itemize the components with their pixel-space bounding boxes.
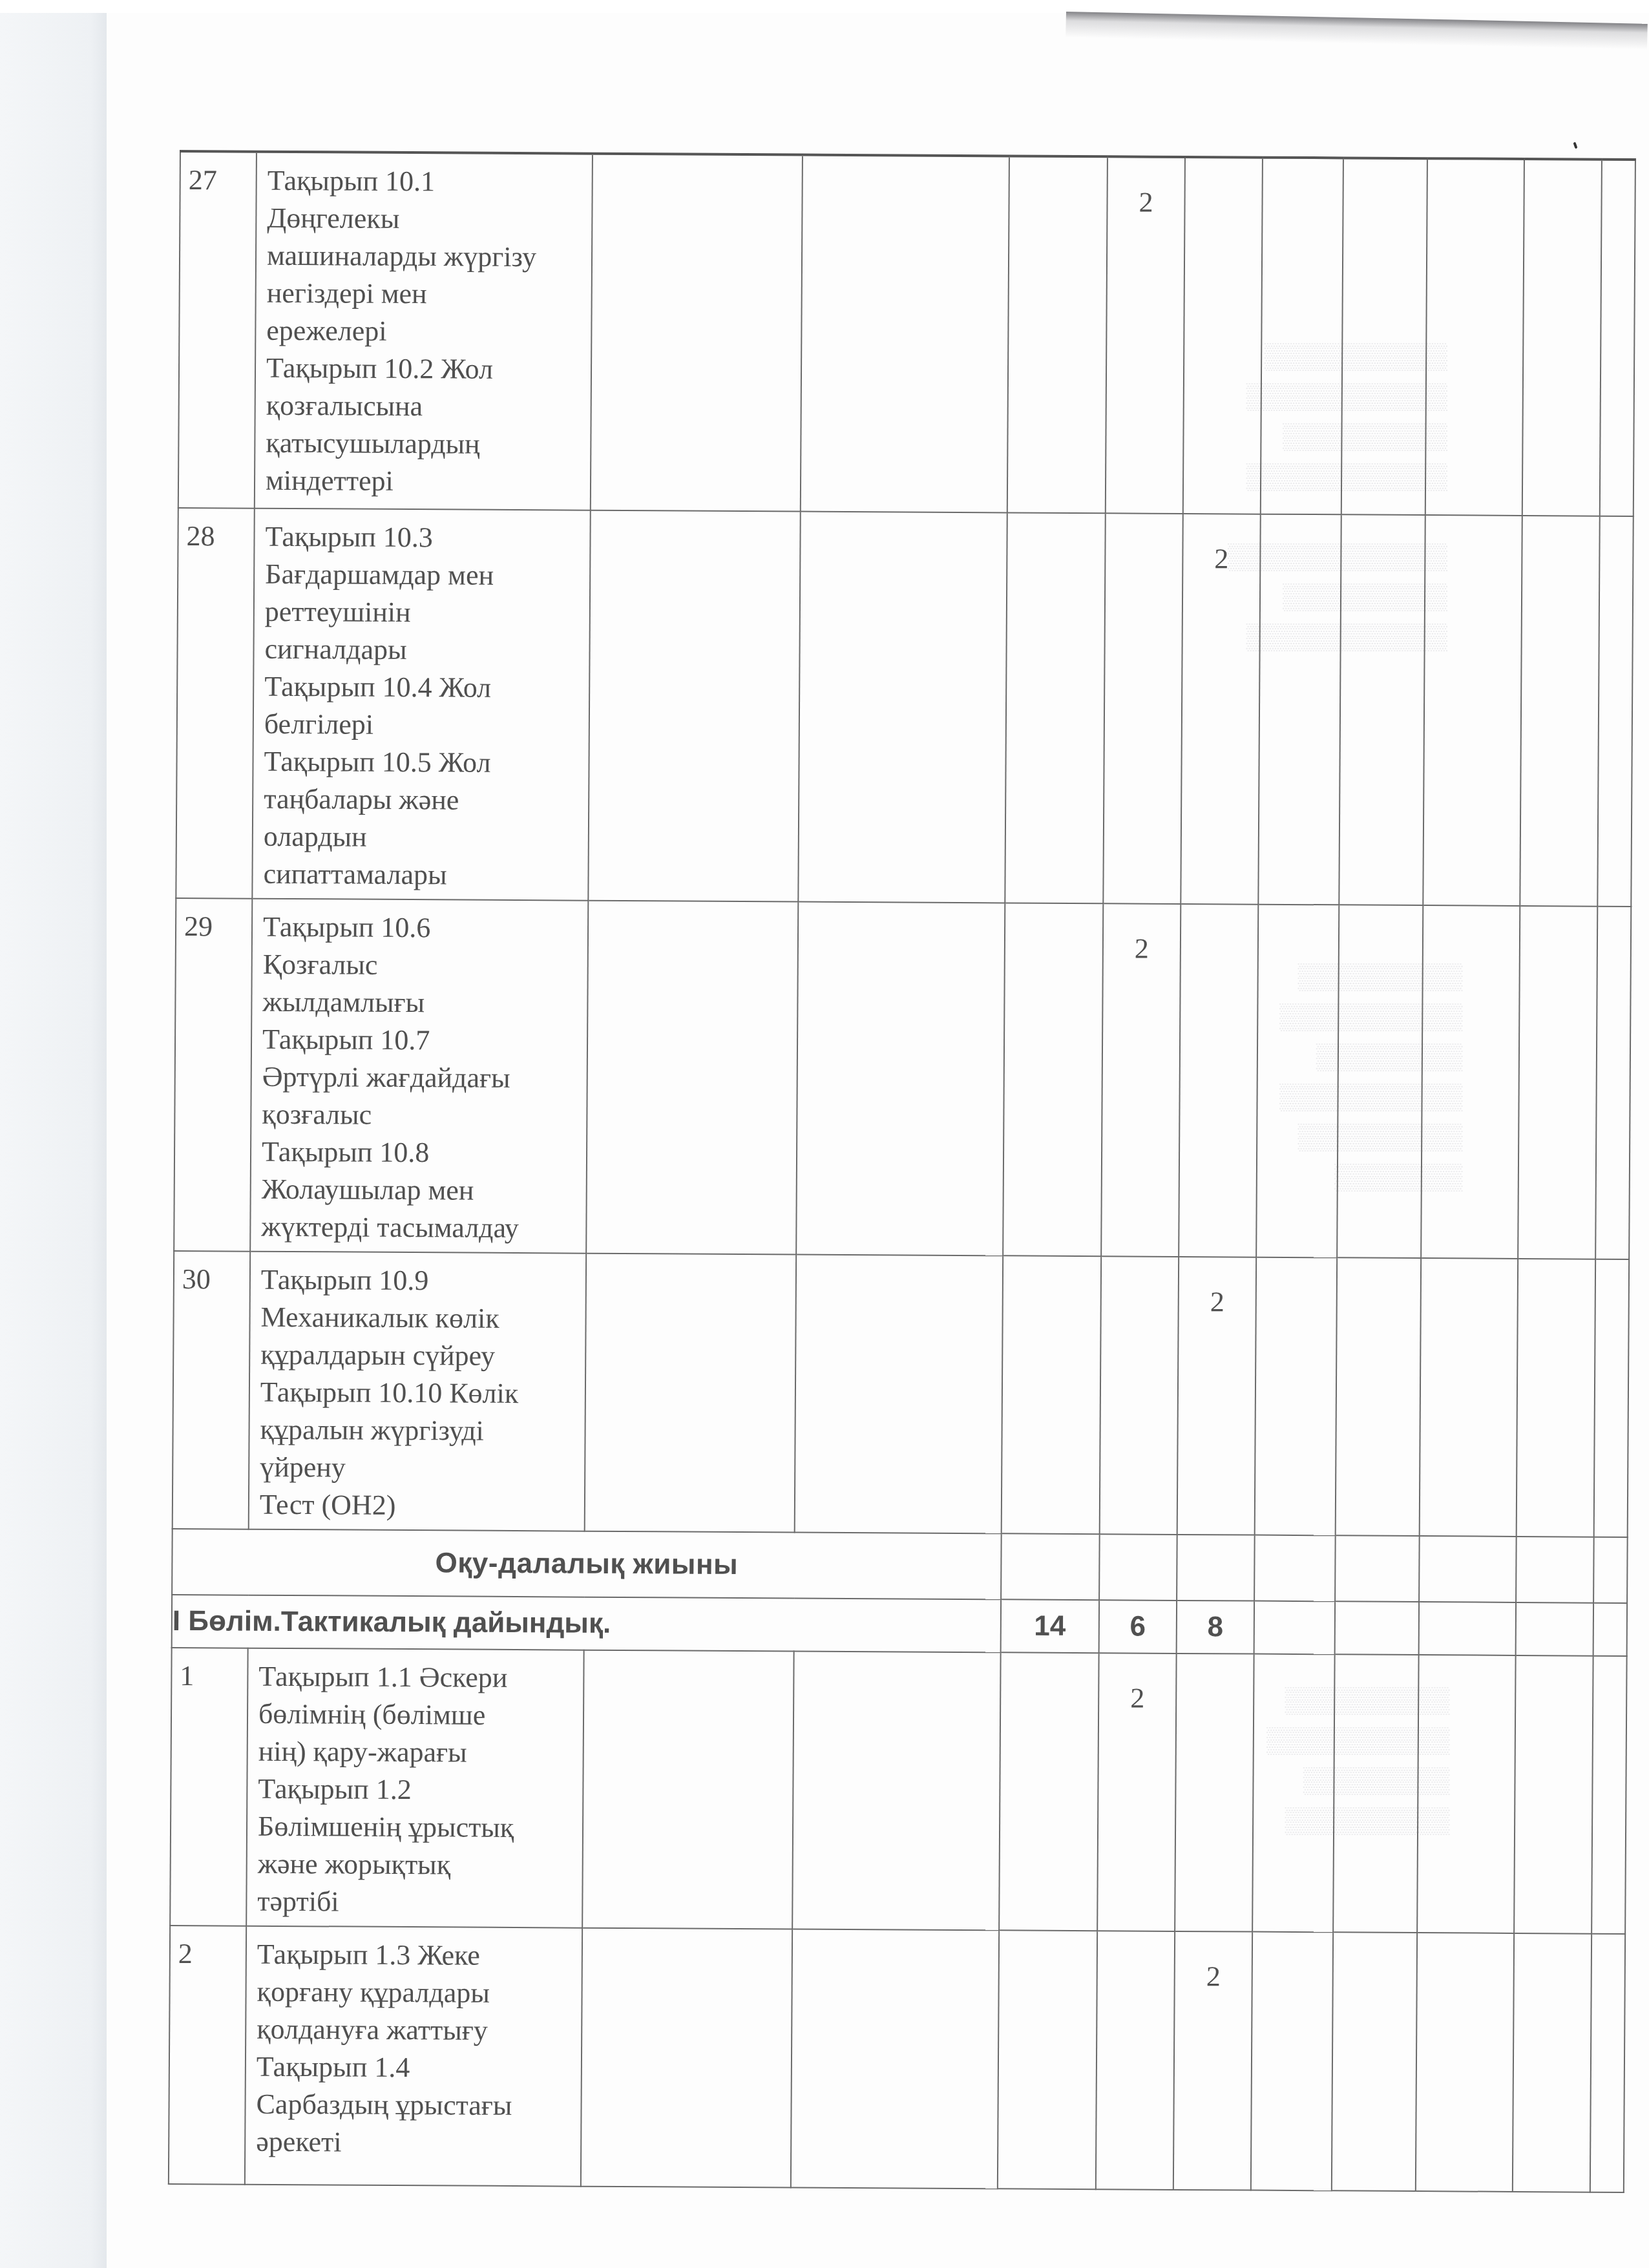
topic-line: Тақырып 10.10 Көлік [260, 1374, 578, 1413]
section-heading-row: Оқу-далалық жиыны [172, 1529, 1628, 1603]
hours-cell: 2 [1181, 514, 1260, 905]
topic-line: Тақырып 10.2 Жол [266, 350, 584, 389]
topic-line: Тақырып 10.1 [268, 162, 585, 202]
row-number: 29 [174, 898, 252, 1252]
empty-cell [1517, 1259, 1595, 1537]
topic-line: нің) қару-жарағы [258, 1733, 576, 1772]
empty-cell [1421, 905, 1520, 1259]
empty-cell [1600, 160, 1635, 516]
row-number: 27 [178, 151, 257, 509]
empty-cell [1252, 1654, 1334, 1933]
table-row: 30Тақырып 10.9Механикалык көлікқұралдары… [173, 1251, 1629, 1537]
topic-line: Механикалык көлік [260, 1299, 578, 1338]
plan-table-container: 27Тақырып 10.1Дөңгелекымашиналарды жүргі… [168, 150, 1635, 2193]
empty-cell [798, 512, 1007, 903]
topic-line: сигналдары [264, 631, 582, 670]
topic-line: Тест (ОН2) [260, 1486, 578, 1526]
hours-cell: 2 [1173, 1931, 1252, 2190]
empty-cell [1261, 158, 1343, 515]
topic-line: жүктерді тасымалдау [261, 1208, 579, 1248]
empty-cell [1516, 1537, 1594, 1603]
empty-cell [1255, 1257, 1337, 1536]
table-row: 2Тақырып 1.3 Жекеқорғану құралдарықолдан… [169, 1926, 1625, 2192]
empty-cell [1007, 156, 1108, 513]
topic-line: Тақырып 1.4 [257, 2048, 574, 2088]
empty-cell [1419, 1602, 1516, 1655]
topic-line: Тақырып 10.6 [263, 908, 581, 948]
empty-cell [591, 154, 803, 512]
hours-total: 14 [1001, 1599, 1099, 1653]
section-title: Оқу-далалық жиыны [172, 1529, 1002, 1599]
empty-cell [585, 1254, 796, 1533]
topic-line: Тақырып 10.5 Жол [264, 743, 582, 782]
empty-cell [1254, 1535, 1336, 1602]
empty-cell [1333, 1654, 1418, 1933]
empty-cell [796, 902, 1005, 1256]
topic-line: негіздері мен [267, 275, 585, 314]
empty-cell [1005, 512, 1105, 903]
topic-line: Әртүрлі жағдайдағы [262, 1058, 580, 1098]
topic-line: белгілері [264, 706, 582, 745]
hours-cell: 2 [1101, 903, 1181, 1257]
empty-cell [1417, 1655, 1515, 1933]
empty-cell [1593, 1603, 1627, 1656]
empty-cell [1595, 907, 1631, 1259]
topic-line: Сарбаздың ұрыстағы [256, 2086, 574, 2125]
empty-cell [1593, 1537, 1628, 1603]
empty-cell [1339, 514, 1425, 905]
topic-line: олардын [264, 818, 582, 857]
topic-line: машиналарды жүргізу [267, 237, 585, 277]
topic-line: сипаттамалары [263, 856, 581, 895]
curriculum-table: 27Тақырып 10.1Дөңгелекымашиналарды жүргі… [168, 150, 1636, 2193]
row-number: 28 [176, 508, 254, 899]
topic-line: реттеушінін [265, 593, 583, 633]
table-body: 27Тақырып 10.1Дөңгелекымашиналарды жүргі… [169, 151, 1635, 2192]
empty-cell [1516, 1602, 1593, 1656]
topic-line: үйрену [260, 1449, 578, 1488]
empty-cell [1420, 1258, 1518, 1537]
topic-line: және жорықтық [258, 1845, 576, 1885]
row-number: 2 [169, 1926, 246, 2185]
empty-cell [1336, 1257, 1421, 1536]
empty-cell [1332, 1932, 1417, 2191]
table-row: 28Тақырып 10.3Бағдаршамдар менреттеушіні… [176, 508, 1633, 907]
topic-cell: Тақырып 10.3Бағдаршамдар менреттеушінінс… [252, 509, 590, 901]
scan-border-left [0, 13, 108, 2268]
topic-line: Тақырып 10.9 [261, 1261, 579, 1301]
topic-line: Тақырып 10.4 Жол [264, 668, 582, 708]
topic-line: қозғалысына [266, 387, 584, 426]
empty-cell [1514, 1655, 1593, 1934]
row-number: 1 [170, 1648, 247, 1926]
hours-cell: 2 [1177, 1257, 1256, 1535]
topic-line: Тақырып 1.1 Әскери [258, 1658, 576, 1697]
empty-cell [1001, 1533, 1100, 1600]
hours-cell: 2 [1106, 156, 1185, 514]
topic-cell: Тақырып 1.3 Жекеқорғану құралдарықолдану… [245, 1926, 582, 2187]
empty-cell [1597, 516, 1633, 907]
empty-cell [1594, 1259, 1629, 1537]
empty-cell [1522, 159, 1602, 516]
topic-line: таңбалары және [264, 781, 582, 820]
empty-cell [998, 1930, 1097, 2189]
empty-cell [1423, 515, 1522, 906]
empty-cell [1175, 1654, 1254, 1932]
empty-cell [588, 510, 800, 902]
topic-cell: Тақырып 1.1 Әскерибөлімнің (бөлімшенің) … [246, 1648, 583, 1928]
empty-cell [1179, 904, 1258, 1257]
topic-line: қатысушылардың [266, 425, 583, 464]
empty-cell [1099, 1534, 1177, 1601]
empty-cell [792, 1652, 1000, 1931]
empty-cell [1520, 516, 1599, 907]
empty-cell [1254, 1601, 1335, 1655]
topic-line: әрекеті [256, 2123, 574, 2163]
empty-cell [582, 1650, 793, 1929]
table-row: 29Тақырып 10.6ҚозғалысжылдамлығыТақырып … [174, 898, 1631, 1259]
topic-line: қорғану құралдары [257, 1973, 574, 2013]
empty-cell [1103, 513, 1182, 904]
hours-theory: 6 [1099, 1600, 1177, 1654]
empty-cell [999, 1652, 1098, 1931]
topic-line: құралдарын сүйреу [260, 1336, 578, 1376]
empty-cell [1425, 158, 1524, 516]
empty-cell [1341, 158, 1427, 515]
empty-cell [1335, 1601, 1419, 1655]
topic-line: Тақырып 1.3 Жеке [257, 1936, 575, 1975]
hours-practice: 8 [1177, 1601, 1254, 1654]
empty-cell [1513, 1933, 1591, 2192]
topic-line: бөлімнің (бөлімше [258, 1696, 576, 1735]
empty-cell [1337, 905, 1423, 1258]
empty-cell [1100, 1256, 1179, 1535]
topic-line: Тақырып 10.7 [262, 1021, 580, 1060]
topic-line: жылдамлығы [262, 983, 580, 1023]
empty-cell [1518, 906, 1597, 1259]
table-row: 27Тақырып 10.1Дөңгелекымашиналарды жүргі… [178, 151, 1635, 516]
hours-cell: 2 [1097, 1653, 1176, 1931]
row-number: 30 [173, 1251, 250, 1529]
empty-cell [1177, 1535, 1255, 1601]
empty-cell [1251, 1932, 1333, 2191]
topic-line: Қозғалыс [263, 946, 581, 985]
topic-line: міндеттері [266, 462, 583, 501]
empty-cell [1183, 157, 1263, 514]
topic-line: қозғалыс [262, 1096, 580, 1135]
topic-line: құралын жүргізуді [260, 1411, 578, 1451]
topic-line: қолдануға жаттығу [257, 2011, 574, 2050]
topic-cell: Тақырып 10.9Механикалык көлікқұралдарын … [249, 1252, 586, 1531]
empty-cell [1003, 903, 1103, 1256]
topic-line: ережелері [266, 312, 584, 352]
empty-cell [1096, 1931, 1175, 2190]
table-row: 1Тақырып 1.1 Әскерибөлімнің (бөлімшенің)… [170, 1648, 1626, 1934]
topic-cell: Тақырып 10.1Дөңгелекымашиналарды жүргізу… [255, 152, 593, 510]
empty-cell [795, 1255, 1003, 1534]
topic-line: Тақырып 1.2 [258, 1770, 576, 1810]
empty-cell [1258, 514, 1341, 905]
topic-line: Тақырып 10.8 [262, 1133, 580, 1173]
empty-cell [581, 1928, 792, 2188]
empty-cell [1419, 1536, 1517, 1602]
empty-cell [1002, 1255, 1101, 1534]
topic-line: Бөлімшенің ұрыстық [258, 1808, 576, 1847]
empty-cell [586, 901, 798, 1255]
empty-cell [1335, 1535, 1420, 1602]
topic-line: Жолаушылар мен [262, 1171, 580, 1210]
empty-cell [1591, 1656, 1626, 1934]
topic-line: Тақырып 10.3 [265, 518, 583, 558]
subsection-row: I Бөлім.Тактикалық дайындық.1468 [172, 1595, 1627, 1656]
empty-cell [791, 1929, 999, 2189]
empty-cell [1416, 1933, 1514, 2192]
topic-line: тәртібі [257, 1883, 575, 1922]
topic-cell: Тақырып 10.6ҚозғалысжылдамлығыТақырып 10… [250, 899, 588, 1254]
empty-cell [1256, 905, 1339, 1258]
subsection-title: I Бөлім.Тактикалық дайындық. [172, 1595, 1001, 1652]
topic-line: Дөңгелекы [267, 200, 585, 239]
empty-cell [801, 155, 1009, 513]
topic-line: Бағдаршамдар мен [265, 556, 583, 595]
empty-cell [1590, 1934, 1625, 2192]
